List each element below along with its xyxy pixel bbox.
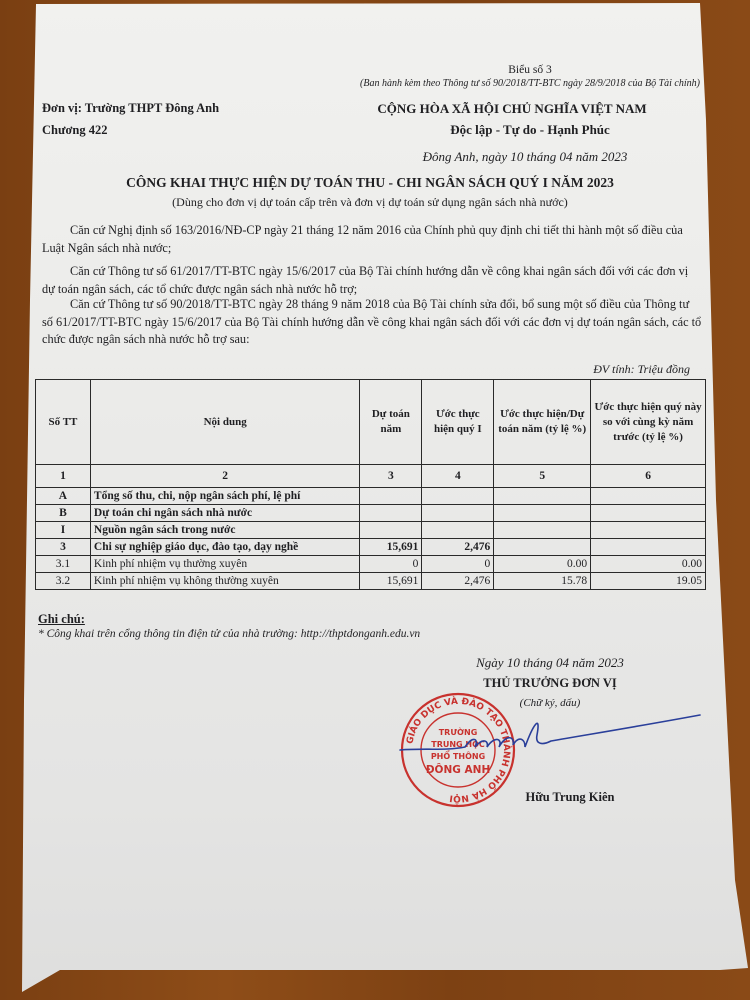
column-index: 2 bbox=[90, 465, 360, 488]
column-header: Ước thực hiện/Dự toán năm (tỷ lệ %) bbox=[494, 380, 591, 465]
column-index: 5 bbox=[494, 465, 591, 488]
row-number: I bbox=[36, 522, 91, 539]
row-content: Tổng số thu, chi, nộp ngân sách phí, lệ … bbox=[90, 488, 360, 505]
document-title: CÔNG KHAI THỰC HIỆN DỰ TOÁN THU - CHI NG… bbox=[50, 175, 690, 191]
annual-budget-cell: 0 bbox=[360, 556, 422, 573]
chapter-code: Chương 422 bbox=[42, 123, 107, 138]
q1-estimate-cell bbox=[422, 522, 494, 539]
unit-label: ĐV tính: Triệu đồng bbox=[540, 362, 690, 377]
signatory-name: Hữu Trung Kiên bbox=[470, 790, 670, 805]
ratio-previous-year-cell bbox=[591, 505, 706, 522]
table-header-row: Số TT Nội dung Dự toán năm Ước thực hiện… bbox=[36, 380, 706, 465]
row-number: B bbox=[36, 505, 91, 522]
national-motto: Độc lập - Tự do - Hạnh Phúc bbox=[380, 122, 680, 138]
column-index: 4 bbox=[422, 465, 494, 488]
ratio-budget-cell: 15.78 bbox=[494, 573, 591, 590]
column-header: Ước thực hiện quý I bbox=[422, 380, 494, 465]
row-content: Nguồn ngân sách trong nước bbox=[90, 522, 360, 539]
row-number: A bbox=[36, 488, 91, 505]
unit-name: Đơn vị: Trường THPT Đông Anh bbox=[42, 101, 219, 116]
ratio-budget-cell bbox=[494, 539, 591, 556]
column-index: 3 bbox=[360, 465, 422, 488]
row-content: Kinh phí nhiệm vụ không thường xuyên bbox=[90, 573, 360, 590]
notes-text: * Công khai trên cổng thông tin điện tử … bbox=[38, 628, 420, 640]
legal-basis-paragraph: Căn cứ Thông tư số 90/2018/TT-BTC ngày 2… bbox=[42, 296, 702, 349]
row-content: Dự toán chi ngân sách nhà nước bbox=[90, 505, 360, 522]
column-header: Số TT bbox=[36, 380, 91, 465]
legal-basis-paragraph: Căn cứ Nghị định số 163/2016/NĐ-CP ngày … bbox=[42, 222, 702, 257]
column-index: 1 bbox=[36, 465, 91, 488]
column-index: 6 bbox=[591, 465, 706, 488]
q1-estimate-cell: 2,476 bbox=[422, 573, 494, 590]
ratio-budget-cell bbox=[494, 488, 591, 505]
q1-estimate-cell: 0 bbox=[422, 556, 494, 573]
issued-with-note: (Ban hành kèm theo Thông tư số 90/2018/T… bbox=[360, 77, 700, 90]
signature-date: Ngày 10 tháng 04 năm 2023 bbox=[440, 655, 660, 671]
row-content: Kinh phí nhiệm vụ thường xuyên bbox=[90, 556, 360, 573]
table-row: ATổng số thu, chi, nộp ngân sách phí, lệ… bbox=[36, 488, 706, 505]
legal-basis-paragraph: Căn cứ Thông tư số 61/2017/TT-BTC ngày 1… bbox=[42, 263, 702, 298]
form-number: Biểu số 3 bbox=[460, 64, 600, 76]
place-date: Đông Anh, ngày 10 tháng 04 năm 2023 bbox=[360, 149, 690, 165]
table-row: 3.2Kinh phí nhiệm vụ không thường xuyên1… bbox=[36, 573, 706, 590]
row-content: Chi sự nghiệp giáo dục, đào tạo, dạy ngh… bbox=[90, 539, 360, 556]
notes-label: Ghi chú: bbox=[38, 612, 85, 627]
column-header: Nội dung bbox=[90, 380, 360, 465]
q1-estimate-cell: 2,476 bbox=[422, 539, 494, 556]
national-title: CỘNG HÒA XÃ HỘI CHỦ NGHĨA VIỆT NAM bbox=[362, 101, 662, 117]
handwritten-signature-icon bbox=[395, 705, 705, 775]
column-header: Dự toán năm bbox=[360, 380, 422, 465]
table-row: 3Chi sự nghiệp giáo dục, đào tạo, dạy ng… bbox=[36, 539, 706, 556]
ratio-previous-year-cell: 0.00 bbox=[591, 556, 706, 573]
column-header: Ước thực hiện quý này so với cùng kỳ năm… bbox=[591, 380, 706, 465]
table-row: BDự toán chi ngân sách nhà nước bbox=[36, 505, 706, 522]
table-row: 3.1Kinh phí nhiệm vụ thường xuyên000.000… bbox=[36, 556, 706, 573]
ratio-budget-cell bbox=[494, 505, 591, 522]
row-number: 3 bbox=[36, 539, 91, 556]
signatory-title: THỦ TRƯỞNG ĐƠN VỊ bbox=[440, 676, 660, 691]
annual-budget-cell: 15,691 bbox=[360, 573, 422, 590]
budget-table: Số TT Nội dung Dự toán năm Ước thực hiện… bbox=[35, 379, 706, 590]
ratio-budget-cell bbox=[494, 522, 591, 539]
ratio-previous-year-cell bbox=[591, 539, 706, 556]
annual-budget-cell bbox=[360, 505, 422, 522]
annual-budget-cell bbox=[360, 488, 422, 505]
ratio-previous-year-cell bbox=[591, 488, 706, 505]
q1-estimate-cell bbox=[422, 488, 494, 505]
column-index-row: 1 2 3 4 5 6 bbox=[36, 465, 706, 488]
q1-estimate-cell bbox=[422, 505, 494, 522]
row-number: 3.1 bbox=[36, 556, 91, 573]
ratio-budget-cell: 0.00 bbox=[494, 556, 591, 573]
table-row: INguồn ngân sách trong nước bbox=[36, 522, 706, 539]
ratio-previous-year-cell: 19.05 bbox=[591, 573, 706, 590]
row-number: 3.2 bbox=[36, 573, 91, 590]
annual-budget-cell: 15,691 bbox=[360, 539, 422, 556]
annual-budget-cell bbox=[360, 522, 422, 539]
document-subtitle: (Dùng cho đơn vị dự toán cấp trên và đơn… bbox=[50, 195, 690, 210]
ratio-previous-year-cell bbox=[591, 522, 706, 539]
